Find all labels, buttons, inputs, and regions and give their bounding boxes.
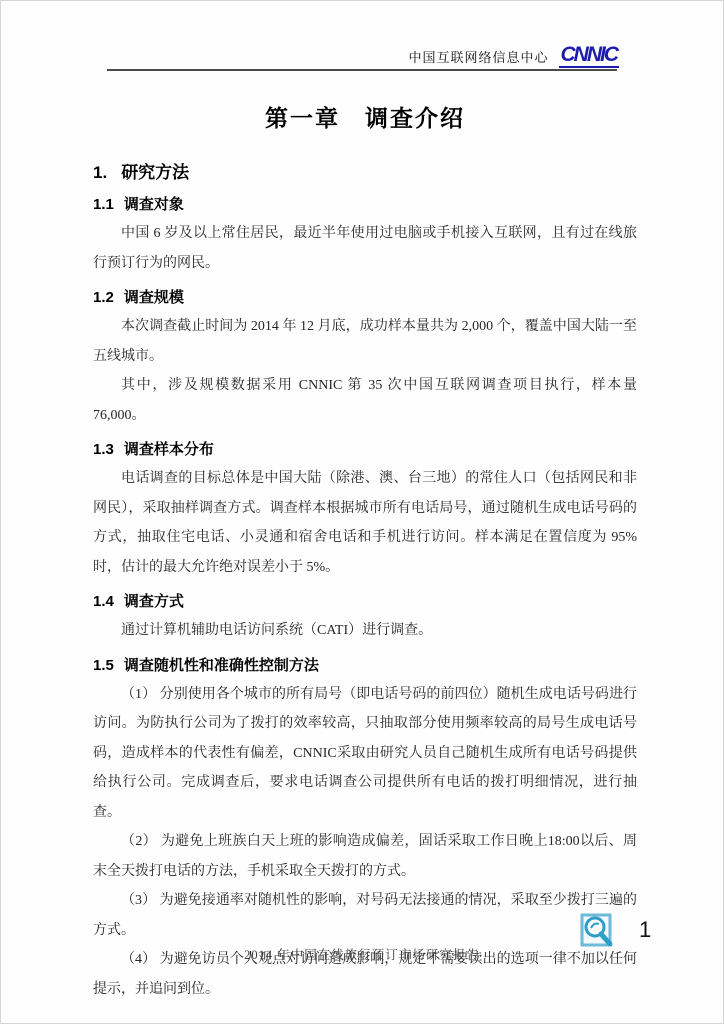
paragraph: （3） 为避免接通率对随机性的影响，对号码无法接通的情况，采取至少拨打三遍的方式… [93,886,637,945]
section-number: 1.4 [93,593,114,610]
paragraph: 电话调查的目标总体是中国大陆（除港、澳、台三地）的常住人口（包括网民和非网民），… [93,464,637,582]
paragraph: 其中，涉及规模数据采用 CNNIC 第 35 次中国互联网调查项目执行，样本量 … [93,371,637,430]
footer-report-title: 2014 年中国在线旅行预订市场研究报告 [1,945,723,963]
paragraph: 本次调查截止时间为 2014 年 12 月底，成功样本量共为 2,000 个，覆… [93,312,637,371]
section-number: 1. [93,163,107,182]
page-header: 中国互联网络信息中心 CNNIC [107,45,619,68]
cnnic-logo-icon: CNNIC [559,45,620,68]
section-title: 调查规模 [124,289,184,306]
section-heading-1-1: 1.1调查对象 [93,194,637,216]
chapter-title: 第一章 调查介绍 [93,101,637,135]
section-number: 1.3 [93,441,114,458]
section-number: 1.1 [93,196,114,213]
section-heading-1-5: 1.5调查随机性和准确性控制方法 [93,655,637,677]
paragraph: 中国 6 岁及以上常住居民，最近半年使用过电脑或手机接入互联网，且有过在线旅行预… [93,219,637,278]
section-number: 1.2 [93,289,114,306]
content-area: 第一章 调查介绍 1.研究方法1.1调查对象中国 6 岁及以上常住居民，最近半年… [93,93,637,1004]
section-number: 1.5 [93,657,114,674]
paragraph: （1） 分别使用各个城市的所有局号（即电话号码的前四位）随机生成电话号码进行访问… [93,680,637,828]
section-title: 调查方式 [124,593,184,610]
section-title: 调查样本分布 [124,441,214,458]
header-rule [107,69,617,71]
page-number: 1 [639,917,651,943]
document-page: 中国互联网络信息中心 CNNIC 第一章 调查介绍 1.研究方法1.1调查对象中… [0,0,724,1024]
sections: 1.研究方法1.1调查对象中国 6 岁及以上常住居民，最近半年使用过电脑或手机接… [93,161,637,1004]
section-title: 研究方法 [121,163,189,182]
paragraph: 通过计算机辅助电话访问系统（CATI）进行调查。 [93,616,637,646]
section-title: 调查随机性和准确性控制方法 [124,657,319,674]
org-name: 中国互联网络信息中心 [408,47,548,66]
paragraph: （2） 为避免上班族白天上班的影响造成偏差，固话采取工作日晚上18:00以后、周… [93,827,637,886]
section-heading-1-4: 1.4调查方式 [93,591,637,613]
section-heading-1-2: 1.2调查规模 [93,287,637,309]
section-heading-1-3: 1.3调查样本分布 [93,439,637,461]
section-heading-1: 1.研究方法 [93,161,637,185]
section-title: 调查对象 [124,196,184,213]
